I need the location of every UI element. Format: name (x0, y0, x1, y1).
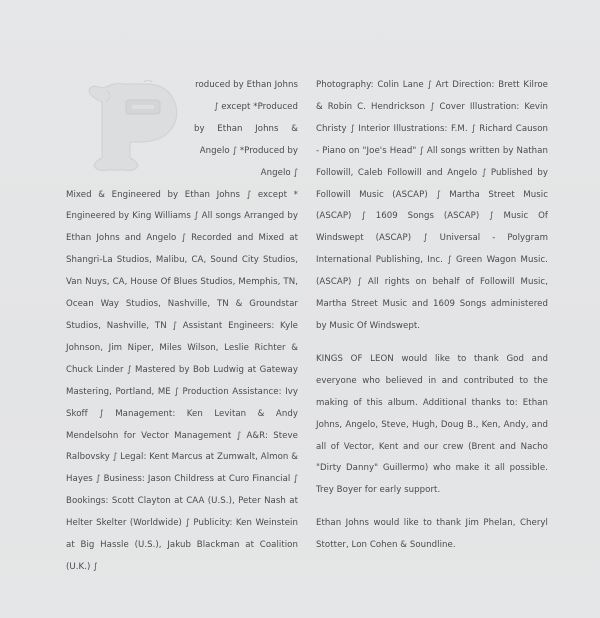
production-credits-column: roduced by Ethan Johns ∫ except *Produce… (66, 75, 298, 579)
production-credits-body: Mixed & Engineered by Ethan Johns ∫ exce… (66, 185, 298, 579)
band-thanks: KINGS OF LEON would like to thank God an… (316, 349, 548, 502)
intro-line: roduced by Ethan Johns (194, 75, 298, 97)
artwork-publishing-credits: Photography: Colin Lane ∫ Art Direction:… (316, 75, 548, 338)
producer-thanks: Ethan Johns would like to thank Jim Phel… (316, 513, 548, 557)
artwork-publishing-thanks-column: Photography: Colin Lane ∫ Art Direction:… (316, 75, 548, 557)
intro-line: ∫ except *Produced (194, 97, 298, 119)
production-credits-intro: roduced by Ethan Johns ∫ except *Produce… (194, 75, 298, 185)
intro-line: by Ethan Johns & (194, 119, 298, 141)
liner-notes-page: roduced by Ethan Johns ∫ except *Produce… (0, 0, 600, 618)
intro-line: Angelo ∫ *Produced by Angelo ∫ (194, 141, 298, 185)
